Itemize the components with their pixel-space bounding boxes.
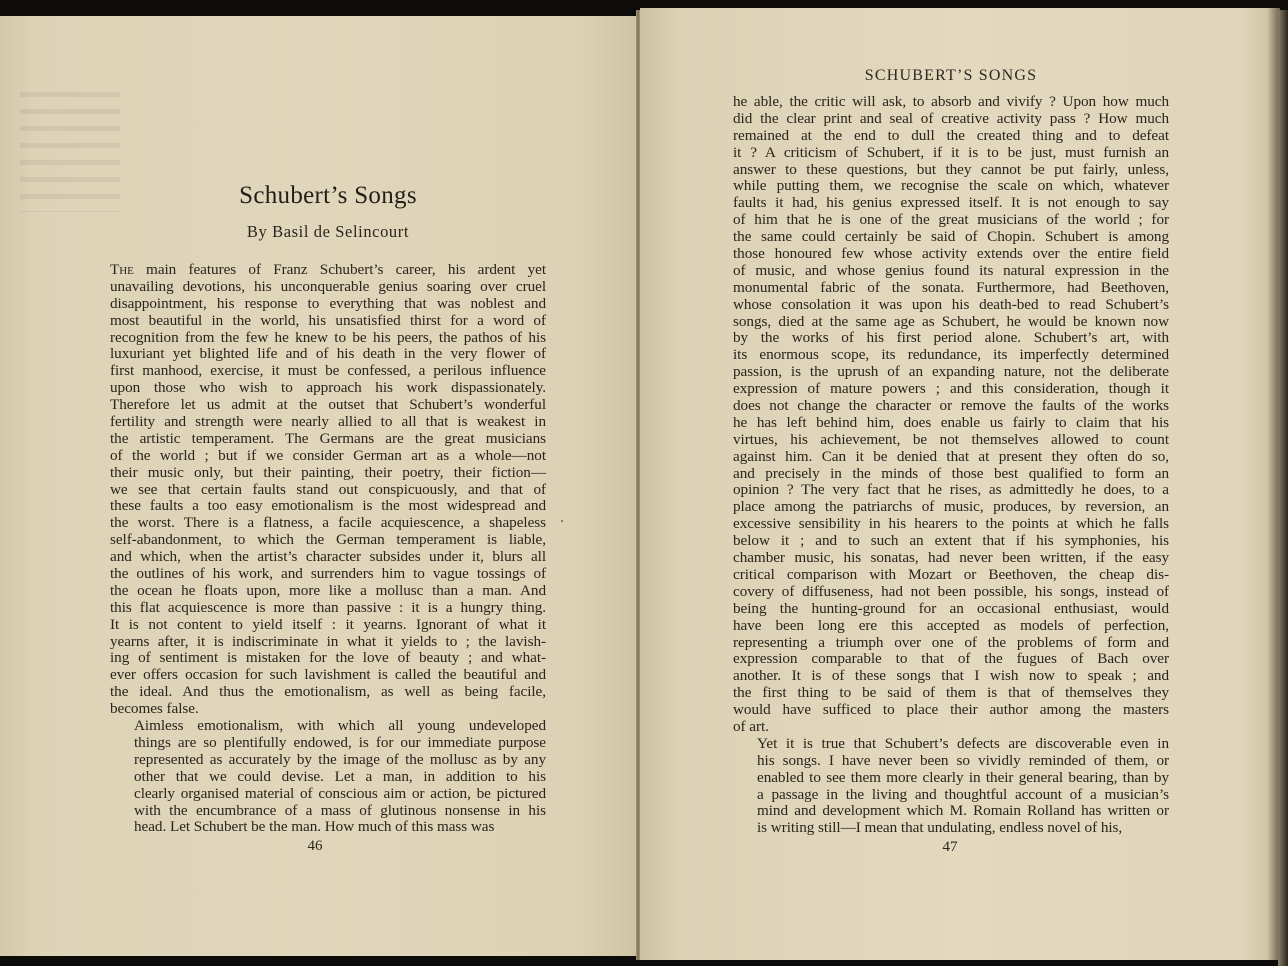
text-line: mind and development which M. Romain Rol… — [733, 803, 1169, 820]
book-spread: Schubert’s Songs By Basil de Selincourt … — [0, 0, 1288, 966]
text-line: enabled to see them more clearly in thei… — [733, 770, 1169, 787]
text-line: other that we could devise. Let a man, i… — [110, 769, 546, 786]
text-line: covery of diffuseness, had not been poss… — [733, 584, 1169, 601]
text-line: The main features of Franz Schubert’s ca… — [110, 262, 546, 279]
text-line: below it ; and to such an extent that if… — [733, 533, 1169, 550]
text-line: is writing still—I mean that undulating,… — [733, 820, 1169, 837]
book-gutter — [636, 10, 640, 960]
text-line: Yet it is true that Schubert’s defects a… — [733, 736, 1169, 753]
paragraph-1: The main features of Franz Schubert’s ca… — [110, 262, 546, 718]
text-line: songs, died at the same age as Schubert,… — [733, 314, 1169, 331]
text-line: and which, when the artist’s character s… — [110, 549, 546, 566]
paragraph-continued: he able, the critic will ask, to absorb … — [733, 94, 1169, 736]
text-line: did the clear print and seal of creative… — [733, 111, 1169, 128]
text-line: of him that he is one of the great music… — [733, 212, 1169, 229]
text-line: representing a triumph over one of the p… — [733, 635, 1169, 652]
text-line: Aimless emotionalism, with which all you… — [110, 718, 546, 735]
text-line: unavailing devotions, his unconquerable … — [110, 279, 546, 296]
text-line: becomes false. — [110, 701, 546, 718]
text-line: it ? A criticism of Schubert, if it is t… — [733, 145, 1169, 162]
text-line: upon those who wish to approach his work… — [110, 380, 546, 397]
text-line: their music only, but their painting, th… — [110, 465, 546, 482]
text-line: he able, the critic will ask, to absorb … — [733, 94, 1169, 111]
text-line: answer to these questions, but they cann… — [733, 162, 1169, 179]
text-line: first manhood, exercise, it must be conf… — [110, 363, 546, 380]
running-head: SCHUBERT’S SONGS — [733, 67, 1169, 85]
text-line: while putting them, we recognise the sca… — [733, 178, 1169, 195]
text-line: have been long ere this accepted as mode… — [733, 618, 1169, 635]
page-number-right: 47 — [920, 839, 980, 856]
right-page-body: he able, the critic will ask, to absorb … — [733, 94, 1169, 837]
text-line: fertility and strength were nearly allie… — [110, 414, 546, 431]
text-line: critical comparison with Mozart or Beeth… — [733, 567, 1169, 584]
text-line: the outlines of his work, and surrenders… — [110, 566, 546, 583]
text-line: things are so plentifully endowed, is fo… — [110, 735, 546, 752]
text-line: expression comparable to that of the fug… — [733, 651, 1169, 668]
text-line: head. Let Schubert be the man. How much … — [110, 819, 546, 836]
text-line: opinion ? The very fact that he rises, a… — [733, 482, 1169, 499]
text-line: we see that certain faults stand out con… — [110, 482, 546, 499]
paragraph-2: Aimless emotionalism, with which all you… — [110, 718, 546, 836]
text-line: luxuriant yet blighted life and of his d… — [110, 346, 546, 363]
article-title: Schubert’s Songs — [110, 182, 546, 210]
text-line: remained at the end to dull the created … — [733, 128, 1169, 145]
text-line: his songs. I have never been so vividly … — [733, 753, 1169, 770]
text-line: the artistic temperament. The Germans ar… — [110, 431, 546, 448]
text-line: virtues, his achievement, be not themsel… — [733, 432, 1169, 449]
left-page-body: The main features of Franz Schubert’s ca… — [110, 262, 546, 836]
text-line: most beautiful in the world, his unsatis… — [110, 313, 546, 330]
text-line: ever offers occasion for such lavishment… — [110, 667, 546, 684]
text-line: he has left behind him, does enable us f… — [733, 415, 1169, 432]
text-line: disappointment, his response to everythi… — [110, 296, 546, 313]
text-line: the ocean he floats upon, more like a mo… — [110, 583, 546, 600]
text-line: ing of sentiment is mistaken for the lov… — [110, 650, 546, 667]
text-line: by the works of his first period alone. … — [733, 330, 1169, 347]
text-line: passion, is the uprush of an expanding n… — [733, 364, 1169, 381]
small-caps-opening: The — [110, 261, 134, 278]
text-line: clearly organised material of conscious … — [110, 786, 546, 803]
text-line: the worst. There is a flatness, a facile… — [110, 515, 546, 532]
text-line: does not change the character or remove … — [733, 398, 1169, 415]
text-line: a passage in the living and thoughtful a… — [733, 787, 1169, 804]
page-number-left: 46 — [285, 838, 345, 855]
text-line: excessive sensibility in his hearers to … — [733, 516, 1169, 533]
text-line: the same could certainly be said of Chop… — [733, 229, 1169, 246]
text-line: faults it had, his genius expressed itse… — [733, 195, 1169, 212]
text-line: self-abandonment, to which the German te… — [110, 532, 546, 549]
article-byline: By Basil de Selincourt — [110, 222, 546, 242]
text-line: being the hunting-ground for an occasion… — [733, 601, 1169, 618]
text-line: chamber music, his sonatas, had never be… — [733, 550, 1169, 567]
text-line: Therefore let us admit at the outset tha… — [110, 397, 546, 414]
text-line: It is not content to yield itself : it y… — [110, 617, 546, 634]
text-line: yearns after, it is indiscriminate in wh… — [110, 634, 546, 651]
text-line: whose consolation it was upon his death-… — [733, 297, 1169, 314]
text-line: those honoured few whose activity extend… — [733, 246, 1169, 263]
text-line: with the encumbrance of a mass of glutin… — [110, 803, 546, 820]
text-line: against him. Can it be denied that at pr… — [733, 449, 1169, 466]
text-line: its enormous scope, its redundance, its … — [733, 347, 1169, 364]
paragraph-next: Yet it is true that Schubert’s defects a… — [733, 736, 1169, 837]
text-line: monumental fabric of the sonata. Further… — [733, 280, 1169, 297]
text-line: of art. — [733, 719, 1169, 736]
text-line: these faults a too easy emotionalism is … — [110, 498, 546, 515]
text-line: the ideal. And thus the emotionalism, as… — [110, 684, 546, 701]
paper-blemish — [561, 520, 563, 522]
show-through-text — [20, 92, 120, 212]
text-line: of the world ; but if we consider German… — [110, 448, 546, 465]
page-edge-shadow — [1278, 10, 1288, 966]
text-line: this flat acquiescence is more than pass… — [110, 600, 546, 617]
text-line: of music, and whose genius found its nat… — [733, 263, 1169, 280]
text-line: the first thing to be said of them is th… — [733, 685, 1169, 702]
text-line: expression of mature powers ; and this c… — [733, 381, 1169, 398]
text-line: represented as accurately by the image o… — [110, 752, 546, 769]
text-line: place among the patriarchs of music, pro… — [733, 499, 1169, 516]
text-line: recognition from the few he knew to be h… — [110, 330, 546, 347]
text-line: and precisely in the minds of those best… — [733, 466, 1169, 483]
text-line: would have sufficed to place their autho… — [733, 702, 1169, 719]
text-line: another. It is of these songs that I wis… — [733, 668, 1169, 685]
